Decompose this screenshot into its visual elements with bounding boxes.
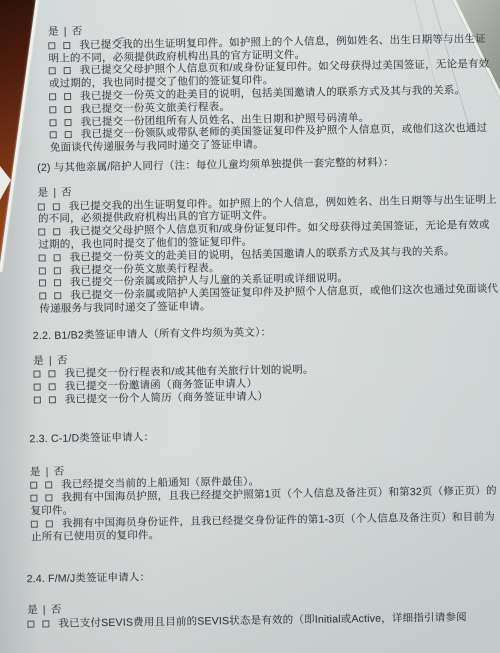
yes-label: 是 xyxy=(33,355,44,368)
no-checkbox[interactable] xyxy=(54,267,61,274)
no-checkbox[interactable] xyxy=(65,131,72,138)
no-checkbox[interactable] xyxy=(48,371,55,378)
no-checkbox[interactable] xyxy=(54,292,61,299)
no-checkbox[interactable] xyxy=(64,119,71,126)
item-list: 我已提交一份行程表和/或其他有关旅行计划的说明。我已提交一份邀请函（商务签证申请… xyxy=(33,361,500,407)
item-list: 我已提交我的出生证明复印件。如护照上的个人信息，例如姓名、出生日期等与出生证明上… xyxy=(48,33,498,155)
no-checkbox[interactable] xyxy=(45,482,52,489)
no-checkbox[interactable] xyxy=(46,520,53,527)
checklist-section: (2) 与其他亲属/陪护人同行（注：每位儿童均须单独提供一套完整的材料）： 是|… xyxy=(37,155,500,316)
yes-checkbox[interactable] xyxy=(49,106,56,113)
yes-checkbox[interactable] xyxy=(49,93,56,100)
yes-no-separator: | xyxy=(49,354,52,367)
no-label: 否 xyxy=(57,354,68,367)
no-checkbox[interactable] xyxy=(63,42,70,49)
section-title: 2.3. C-1/D类签证申请人： xyxy=(29,426,500,446)
yes-no-separator: | xyxy=(53,187,56,200)
yes-label: 是 xyxy=(27,604,38,617)
yes-no-separator: | xyxy=(64,26,67,39)
yes-checkbox[interactable] xyxy=(30,482,37,489)
no-label: 否 xyxy=(51,604,62,617)
item-list: 我已经提交当前的上船通知（原件最佳）。我拥有中国海员护照，且我已经提交护照第1页… xyxy=(30,472,500,543)
yes-label: 是 xyxy=(48,26,59,39)
item-list: 我已提交我的出生证明复印件。如护照上的个人信息，例如姓名、出生日期等与出生证明上… xyxy=(38,193,500,315)
no-checkbox[interactable] xyxy=(54,280,61,287)
section-title: (2) 与其他亲属/陪护人同行（注：每位儿童均须单独提供一套完整的材料）： xyxy=(37,155,498,175)
no-checkbox[interactable] xyxy=(54,254,61,261)
yes-checkbox[interactable] xyxy=(39,280,46,287)
yes-checkbox[interactable] xyxy=(39,293,46,300)
paper-left-shadow xyxy=(0,0,40,653)
checklist-item: 我已提交一份领队或带队老师的美国签证复印件及护照个人信息页，或他们这次也通过免面… xyxy=(50,122,498,155)
no-label: 否 xyxy=(54,465,65,478)
yes-checkbox[interactable] xyxy=(27,621,34,628)
checklist-section: 2.2. B1/B2类签证申请人（所有文件均须为英文）： 是|否 我已提交一份行… xyxy=(33,323,500,407)
yes-label: 是 xyxy=(30,466,41,479)
yes-no-separator: | xyxy=(43,604,46,617)
no-checkbox[interactable] xyxy=(42,620,49,627)
checklist-content: 是|否 我已提交我的出生证明复印件。如护照上的个人信息，例如姓名、出生日期等与出… xyxy=(40,19,500,631)
section-title: 2.4. F/M/J类签证申请人： xyxy=(27,566,500,586)
yes-checkbox[interactable] xyxy=(39,254,46,261)
sections: 是|否 我已提交我的出生证明复印件。如护照上的个人信息，例如姓名、出生日期等与出… xyxy=(40,19,500,631)
yes-checkbox[interactable] xyxy=(38,203,45,210)
yes-checkbox[interactable] xyxy=(33,371,40,378)
no-checkbox[interactable] xyxy=(49,383,56,390)
no-checkbox[interactable] xyxy=(45,494,52,501)
no-checkbox[interactable] xyxy=(49,396,56,403)
checklist-section: 2.4. F/M/J类签证申请人： 是|否 我已支付SEVIS费用且目前的SEV… xyxy=(27,566,500,631)
yes-checkbox[interactable] xyxy=(39,267,46,274)
checklist-section: 是|否 我已提交我的出生证明复印件。如护照上的个人信息，例如姓名、出生日期等与出… xyxy=(48,19,498,155)
yes-checkbox[interactable] xyxy=(50,132,57,139)
yes-label: 是 xyxy=(38,187,49,200)
no-checkbox[interactable] xyxy=(64,93,71,100)
checklist-item-text: 我已提交一份领队或带队老师的美国签证复印件及护照个人信息页，或他们这次也通过免面… xyxy=(50,122,488,154)
yes-checkbox[interactable] xyxy=(49,68,56,75)
checklist-item-text: 我已提交一份个人简历（商务签证申请人） xyxy=(65,390,268,405)
section-title: 2.2. B1/B2类签证申请人（所有文件均须为英文）： xyxy=(33,323,500,343)
no-checkbox[interactable] xyxy=(64,106,71,113)
no-checkbox[interactable] xyxy=(53,203,60,210)
yes-checkbox[interactable] xyxy=(49,119,56,126)
yes-no-separator: | xyxy=(46,465,49,478)
yes-checkbox[interactable] xyxy=(34,396,41,403)
yes-checkbox[interactable] xyxy=(38,229,45,236)
no-checkbox[interactable] xyxy=(53,228,60,235)
yes-checkbox[interactable] xyxy=(30,495,37,502)
yes-checkbox[interactable] xyxy=(31,520,38,527)
no-label: 否 xyxy=(72,25,83,38)
photographed-document-scene: 是|否 我已提交我的出生证明复印件。如护照上的个人信息，例如姓名、出生日期等与出… xyxy=(0,0,500,653)
no-checkbox[interactable] xyxy=(64,67,71,74)
yes-checkbox[interactable] xyxy=(48,42,55,49)
checklist-section: 2.3. C-1/D类签证申请人： 是|否 我已经提交当前的上船通知（原件最佳）… xyxy=(29,426,500,544)
no-label: 否 xyxy=(61,186,72,199)
yes-checkbox[interactable] xyxy=(34,384,41,391)
